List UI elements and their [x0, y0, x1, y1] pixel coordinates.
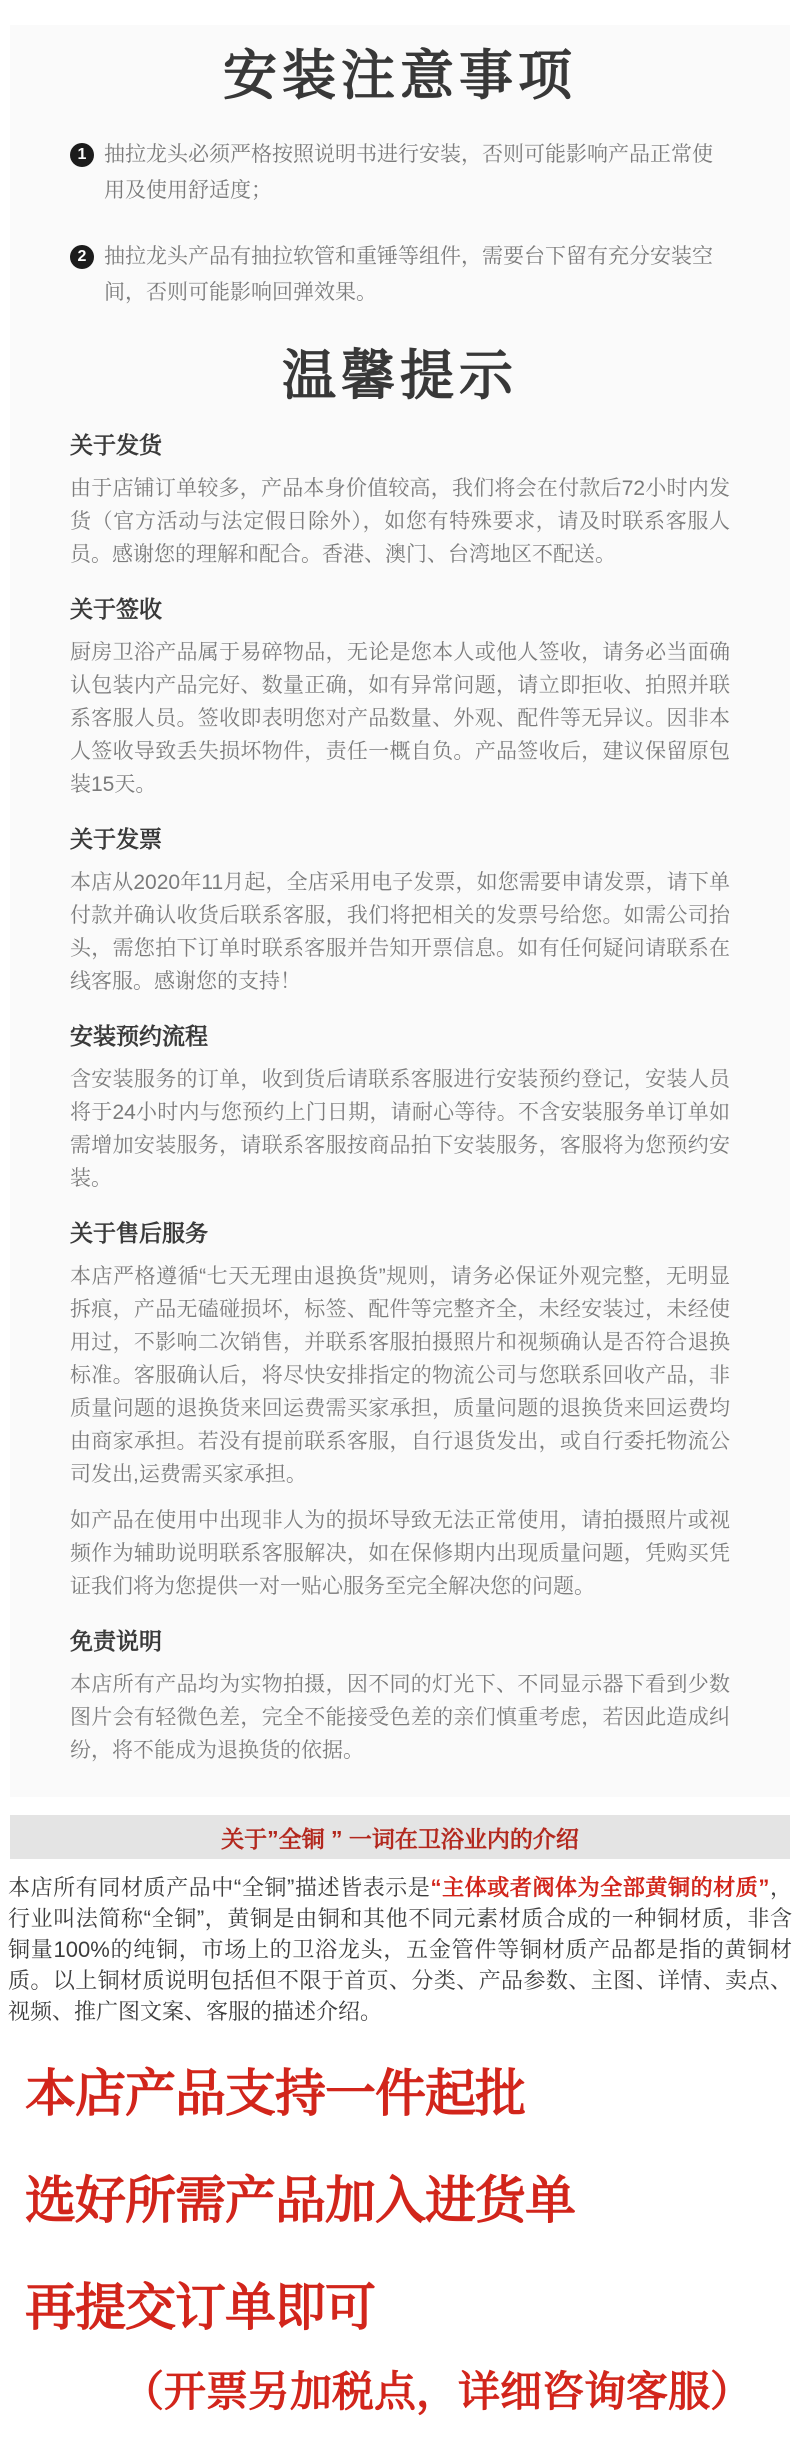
section-heading-invoice: 关于发票 — [70, 825, 730, 853]
brass-text-before: 本店所有同材质产品中“全铜”描述皆表示是 — [8, 1875, 431, 1900]
warm-tips-title: 温馨提示 — [70, 345, 730, 407]
section-heading-disclaimer: 免责说明 — [70, 1627, 730, 1655]
brass-intro-banner: 关于”全铜 ” 一词在卫浴业内的介绍 — [10, 1815, 790, 1859]
install-notes-title: 安装注意事项 — [70, 45, 730, 107]
section-paragraph-after-sales-2: 如产品在使用中出现非人为的损坏导致无法正常使用，请拍摄照片或视频作为辅助说明联系… — [70, 1504, 730, 1603]
invoice-tax-note: （开票另加税点，详细咨询客服） — [122, 2368, 800, 2416]
section-heading-after-sales: 关于售后服务 — [70, 1219, 730, 1247]
item-number-badge-2: 2 — [70, 245, 94, 269]
section-paragraph-invoice: 本店从2020年11月起，全店采用电子发票，如您需要申请发票，请下单付款并确认收… — [70, 866, 730, 998]
notice-panel: 安装注意事项 1 抽拉龙头必须严格按照说明书进行安装，否则可能影响产品正常使用及… — [10, 25, 790, 1797]
brass-text-red-highlight: “主体或者阀体为全部黄铜的材质” — [431, 1875, 770, 1900]
section-heading-shipping: 关于发货 — [70, 431, 730, 459]
section-paragraph-install-appointment: 含安装服务的订单，收到货后请联系客服进行安装预约登记，安装人员将于24小时内与您… — [70, 1063, 730, 1195]
install-note-item-1: 1 抽拉龙头必须严格按照说明书进行安装，否则可能影响产品正常使用及使用舒适度； — [70, 137, 730, 209]
wholesale-promo-block: 本店产品支持一件起批 选好所需产品加入进货单 再提交订单即可 （开票另加税点，详… — [0, 2027, 800, 2416]
wholesale-line-2: 选好所需产品加入进货单 — [25, 2172, 800, 2229]
wholesale-line-1: 本店产品支持一件起批 — [25, 2065, 800, 2122]
section-paragraph-receipt: 厨房卫浴产品属于易碎物品，无论是您本人或他人签收，请务必当面确认包装内产品完好、… — [70, 636, 730, 801]
section-paragraph-disclaimer: 本店所有产品均为实物拍摄，因不同的灯光下、不同显示器下看到少数图片会有轻微色差，… — [70, 1668, 730, 1767]
install-note-item-2: 2 抽拉龙头产品有抽拉软管和重锤等组件，需要台下留有充分安装空间，否则可能影响回… — [70, 239, 730, 311]
section-heading-receipt: 关于签收 — [70, 595, 730, 623]
item-number-badge-1: 1 — [70, 143, 94, 167]
section-heading-install-appointment: 安装预约流程 — [70, 1022, 730, 1050]
install-note-text-1: 抽拉龙头必须严格按照说明书进行安装，否则可能影响产品正常使用及使用舒适度； — [104, 137, 730, 209]
brass-intro-banner-title: 关于”全铜 ” 一词在卫浴业内的介绍 — [221, 1821, 579, 1854]
wholesale-line-3: 再提交订单即可 — [25, 2279, 800, 2336]
product-notice-page: 安装注意事项 1 抽拉龙头必须严格按照说明书进行安装，否则可能影响产品正常使用及… — [0, 0, 800, 2416]
section-paragraph-after-sales-1: 本店严格遵循“七天无理由退换货”规则，请务必保证外观完整，无明显拆痕，产品无磕碰… — [70, 1260, 730, 1491]
brass-intro-paragraph: 本店所有同材质产品中“全铜”描述皆表示是“主体或者阀体为全部黄铜的材质”，行业叫… — [8, 1872, 792, 2027]
install-note-text-2: 抽拉龙头产品有抽拉软管和重锤等组件，需要台下留有充分安装空间，否则可能影响回弹效… — [104, 239, 730, 311]
section-paragraph-shipping: 由于店铺订单较多，产品本身价值较高，我们将会在付款后72小时内发货（官方活动与法… — [70, 472, 730, 571]
